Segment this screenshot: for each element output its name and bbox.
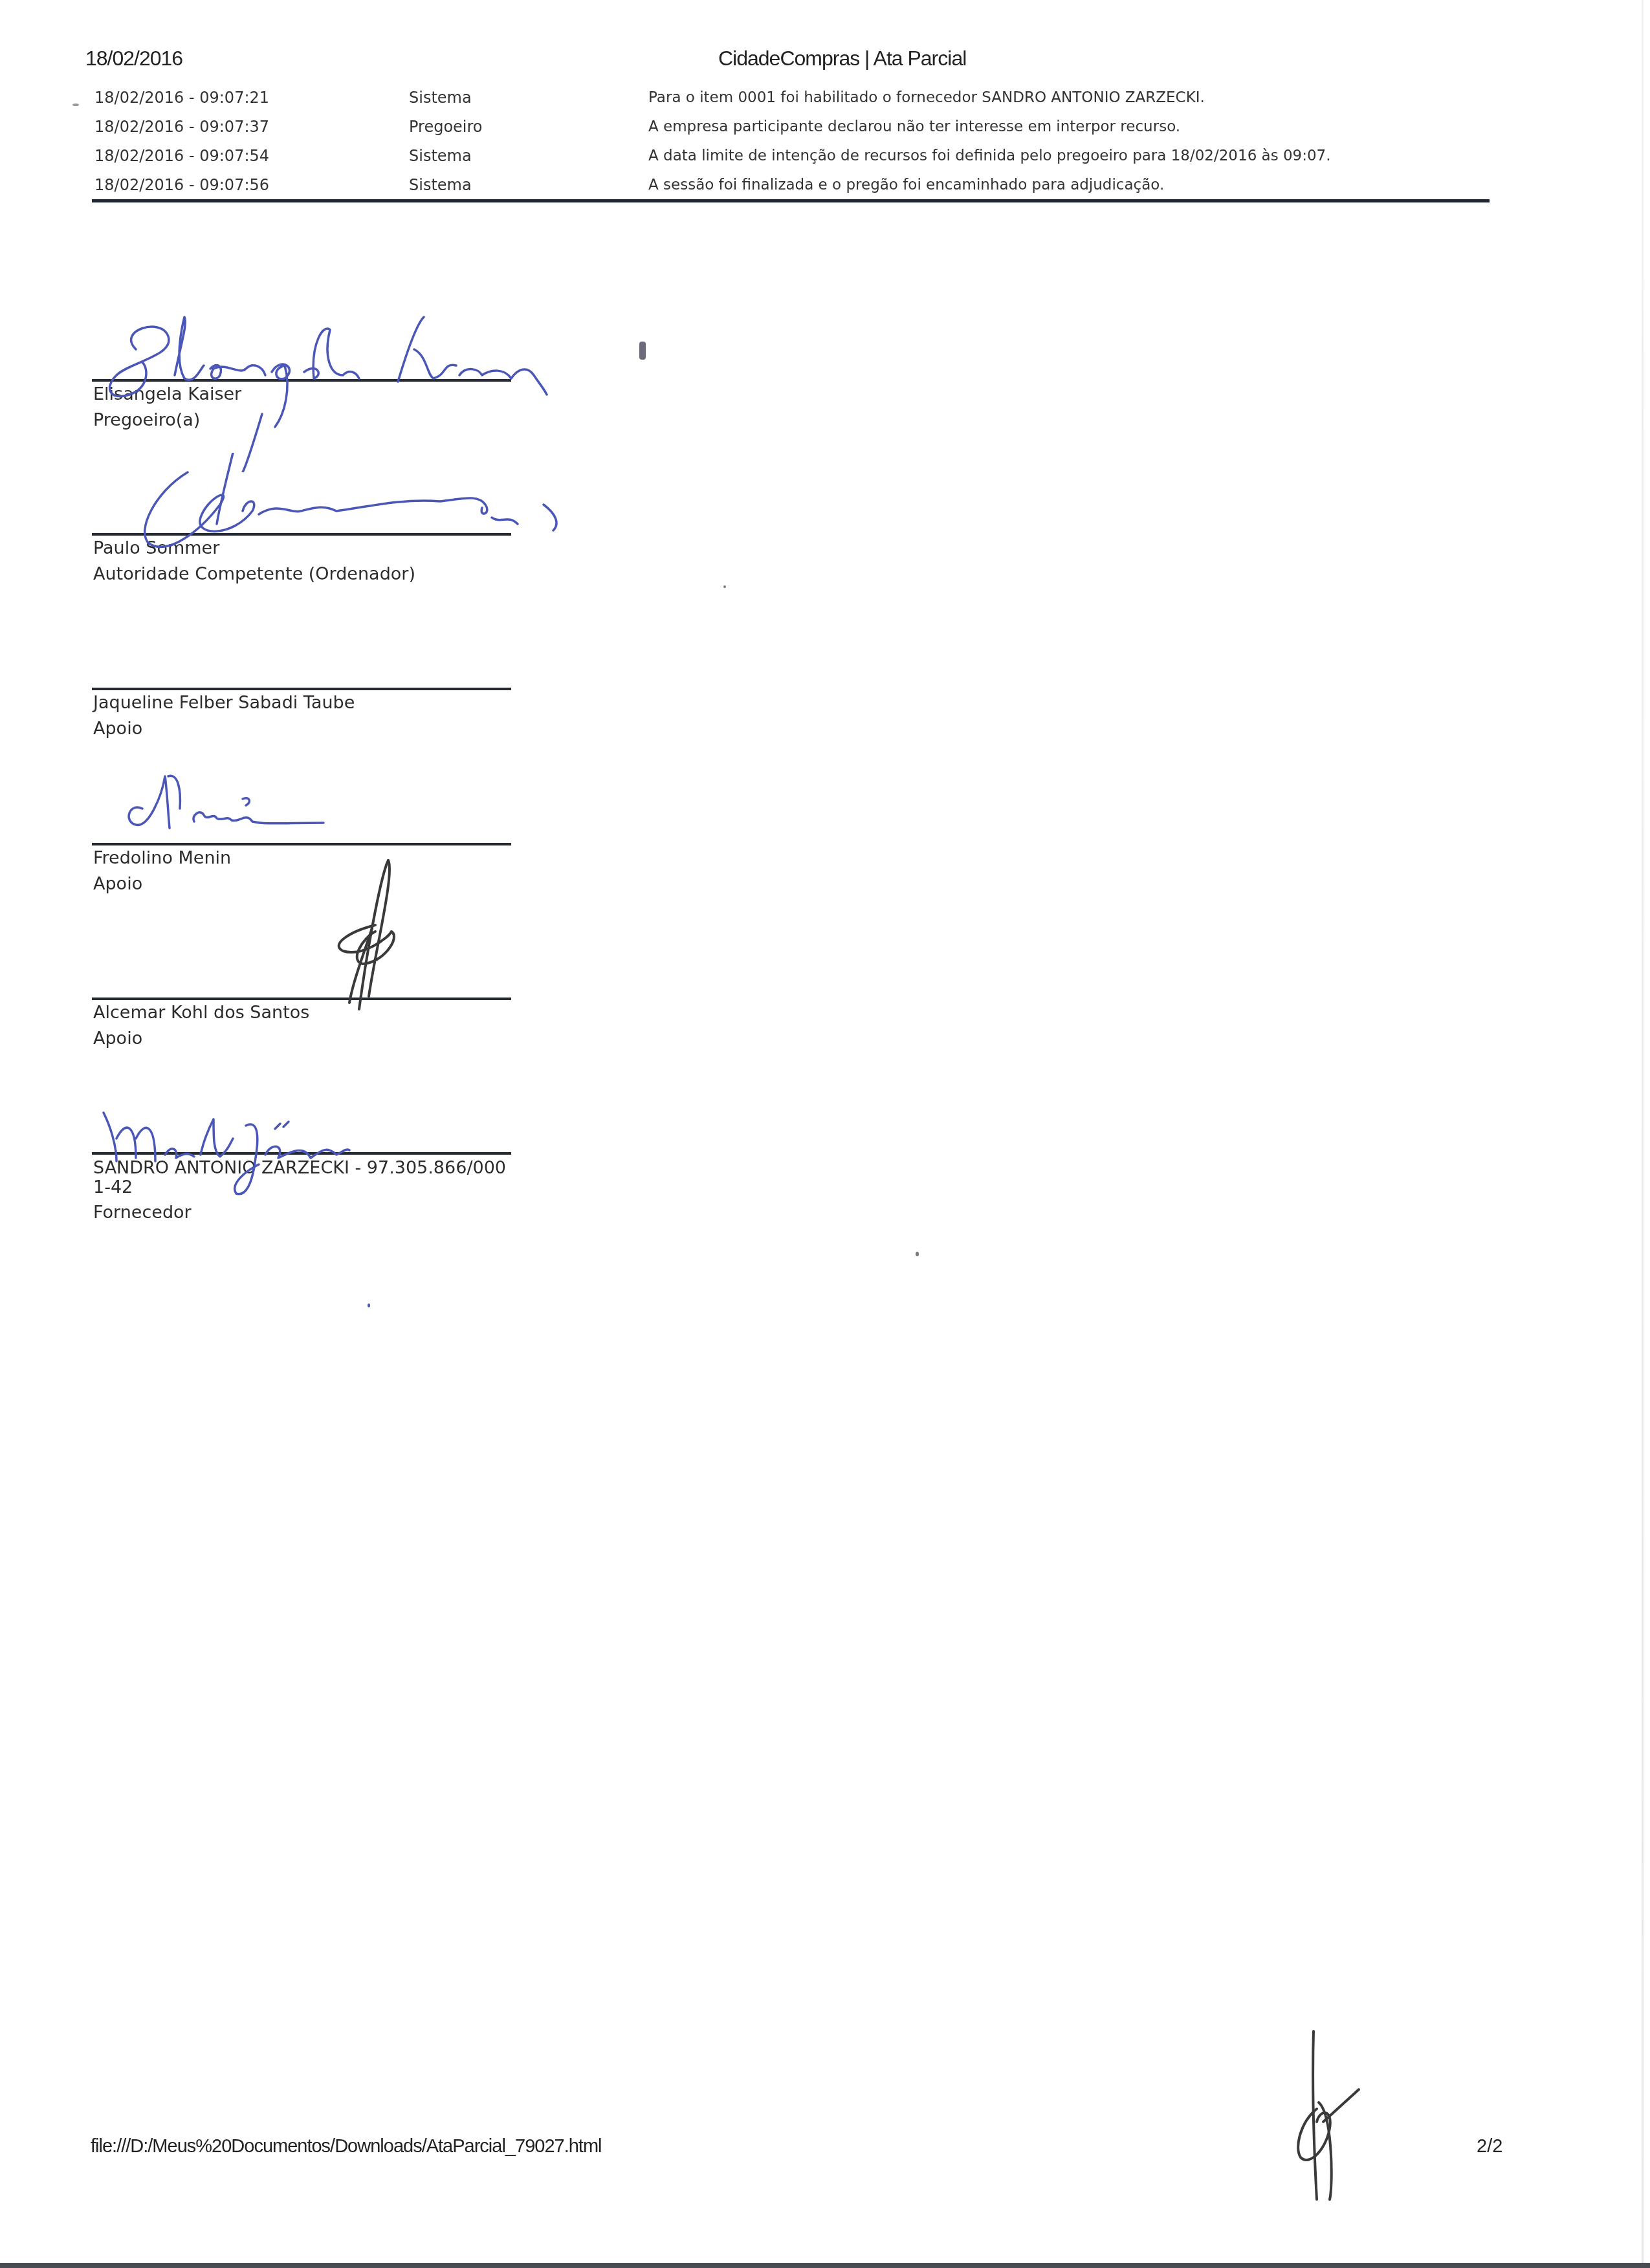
signatory-name: Jaqueline Felber Sabadi Taube xyxy=(92,690,512,716)
scan-bottom-border xyxy=(0,2263,1650,2268)
signatory-role: Apoio xyxy=(92,871,512,897)
log-role: Pregoeiro xyxy=(409,118,648,136)
log-message: A sessão foi finalizada e o pregão foi e… xyxy=(648,177,1490,193)
signature-block-fornecedor: SANDRO ANTONIO ZARZECKI - 97.305.866/000… xyxy=(92,1152,512,1226)
scan-speck xyxy=(723,585,726,588)
signatory-name: SANDRO ANTONIO ZARZECKI - 97.305.866/000… xyxy=(92,1155,514,1197)
table-row: 18/02/2016 - 09:07:56 Sistema A sessão f… xyxy=(92,170,1490,199)
print-date: 18/02/2016 xyxy=(85,47,182,71)
log-role: Sistema xyxy=(409,147,648,165)
signature-block-apoio-1: Jaqueline Felber Sabadi Taube Apoio xyxy=(92,688,512,742)
log-datetime: 18/02/2016 - 09:07:21 xyxy=(92,89,409,107)
footer-file-url: file:///D:/Meus%20Documentos/Downloads/A… xyxy=(91,2136,601,2157)
signature-fredolino-menin xyxy=(116,763,336,841)
signatory-name: Alcemar Kohl dos Santos xyxy=(92,1000,512,1026)
page-number: 2/2 xyxy=(1477,2136,1502,2157)
log-role: Sistema xyxy=(409,176,648,194)
scan-speck xyxy=(639,342,646,360)
log-datetime: 18/02/2016 - 09:07:54 xyxy=(92,147,409,165)
scan-page-edge xyxy=(1642,0,1644,2264)
signatory-name: Paulo Sommer xyxy=(92,536,512,562)
session-log-table: 18/02/2016 - 09:07:21 Sistema Para o ite… xyxy=(92,83,1490,202)
scan-speck xyxy=(72,104,79,106)
log-datetime: 18/02/2016 - 09:07:37 xyxy=(92,118,409,136)
signature-block-apoio-3: Alcemar Kohl dos Santos Apoio xyxy=(92,998,512,1052)
log-message: A empresa participante declarou não ter … xyxy=(648,118,1490,135)
signatory-role: Pregoeiro(a) xyxy=(92,408,512,433)
table-row: 18/02/2016 - 09:07:54 Sistema A data lim… xyxy=(92,141,1490,170)
signature-initials-footer xyxy=(1288,2025,1365,2206)
log-role: Sistema xyxy=(409,89,648,107)
signatory-role: Autoridade Competente (Ordenador) xyxy=(92,562,512,587)
signatory-role: Fornecedor xyxy=(92,1200,512,1226)
signatory-role: Apoio xyxy=(92,1026,512,1052)
table-row: 18/02/2016 - 09:07:21 Sistema Para o ite… xyxy=(92,83,1490,112)
log-message: Para o item 0001 foi habilitado o fornec… xyxy=(648,89,1490,106)
scan-speck xyxy=(368,1303,370,1307)
signature-block-autoridade: Paulo Sommer Autoridade Competente (Orde… xyxy=(92,533,512,587)
log-message: A data limite de intenção de recursos fo… xyxy=(648,147,1490,164)
signature-block-apoio-2: Fredolino Menin Apoio xyxy=(92,843,512,897)
signatory-name: Fredolino Menin xyxy=(92,845,512,871)
signatory-name: Elisangela Kaiser xyxy=(92,382,512,408)
log-datetime: 18/02/2016 - 09:07:56 xyxy=(92,176,409,194)
signature-block-pregoeiro: Elisangela Kaiser Pregoeiro(a) xyxy=(92,379,512,433)
signatory-role: Apoio xyxy=(92,716,512,742)
table-row: 18/02/2016 - 09:07:37 Pregoeiro A empres… xyxy=(92,112,1490,141)
document-title: CidadeCompras | Ata Parcial xyxy=(718,47,966,71)
scan-speck xyxy=(916,1252,919,1256)
